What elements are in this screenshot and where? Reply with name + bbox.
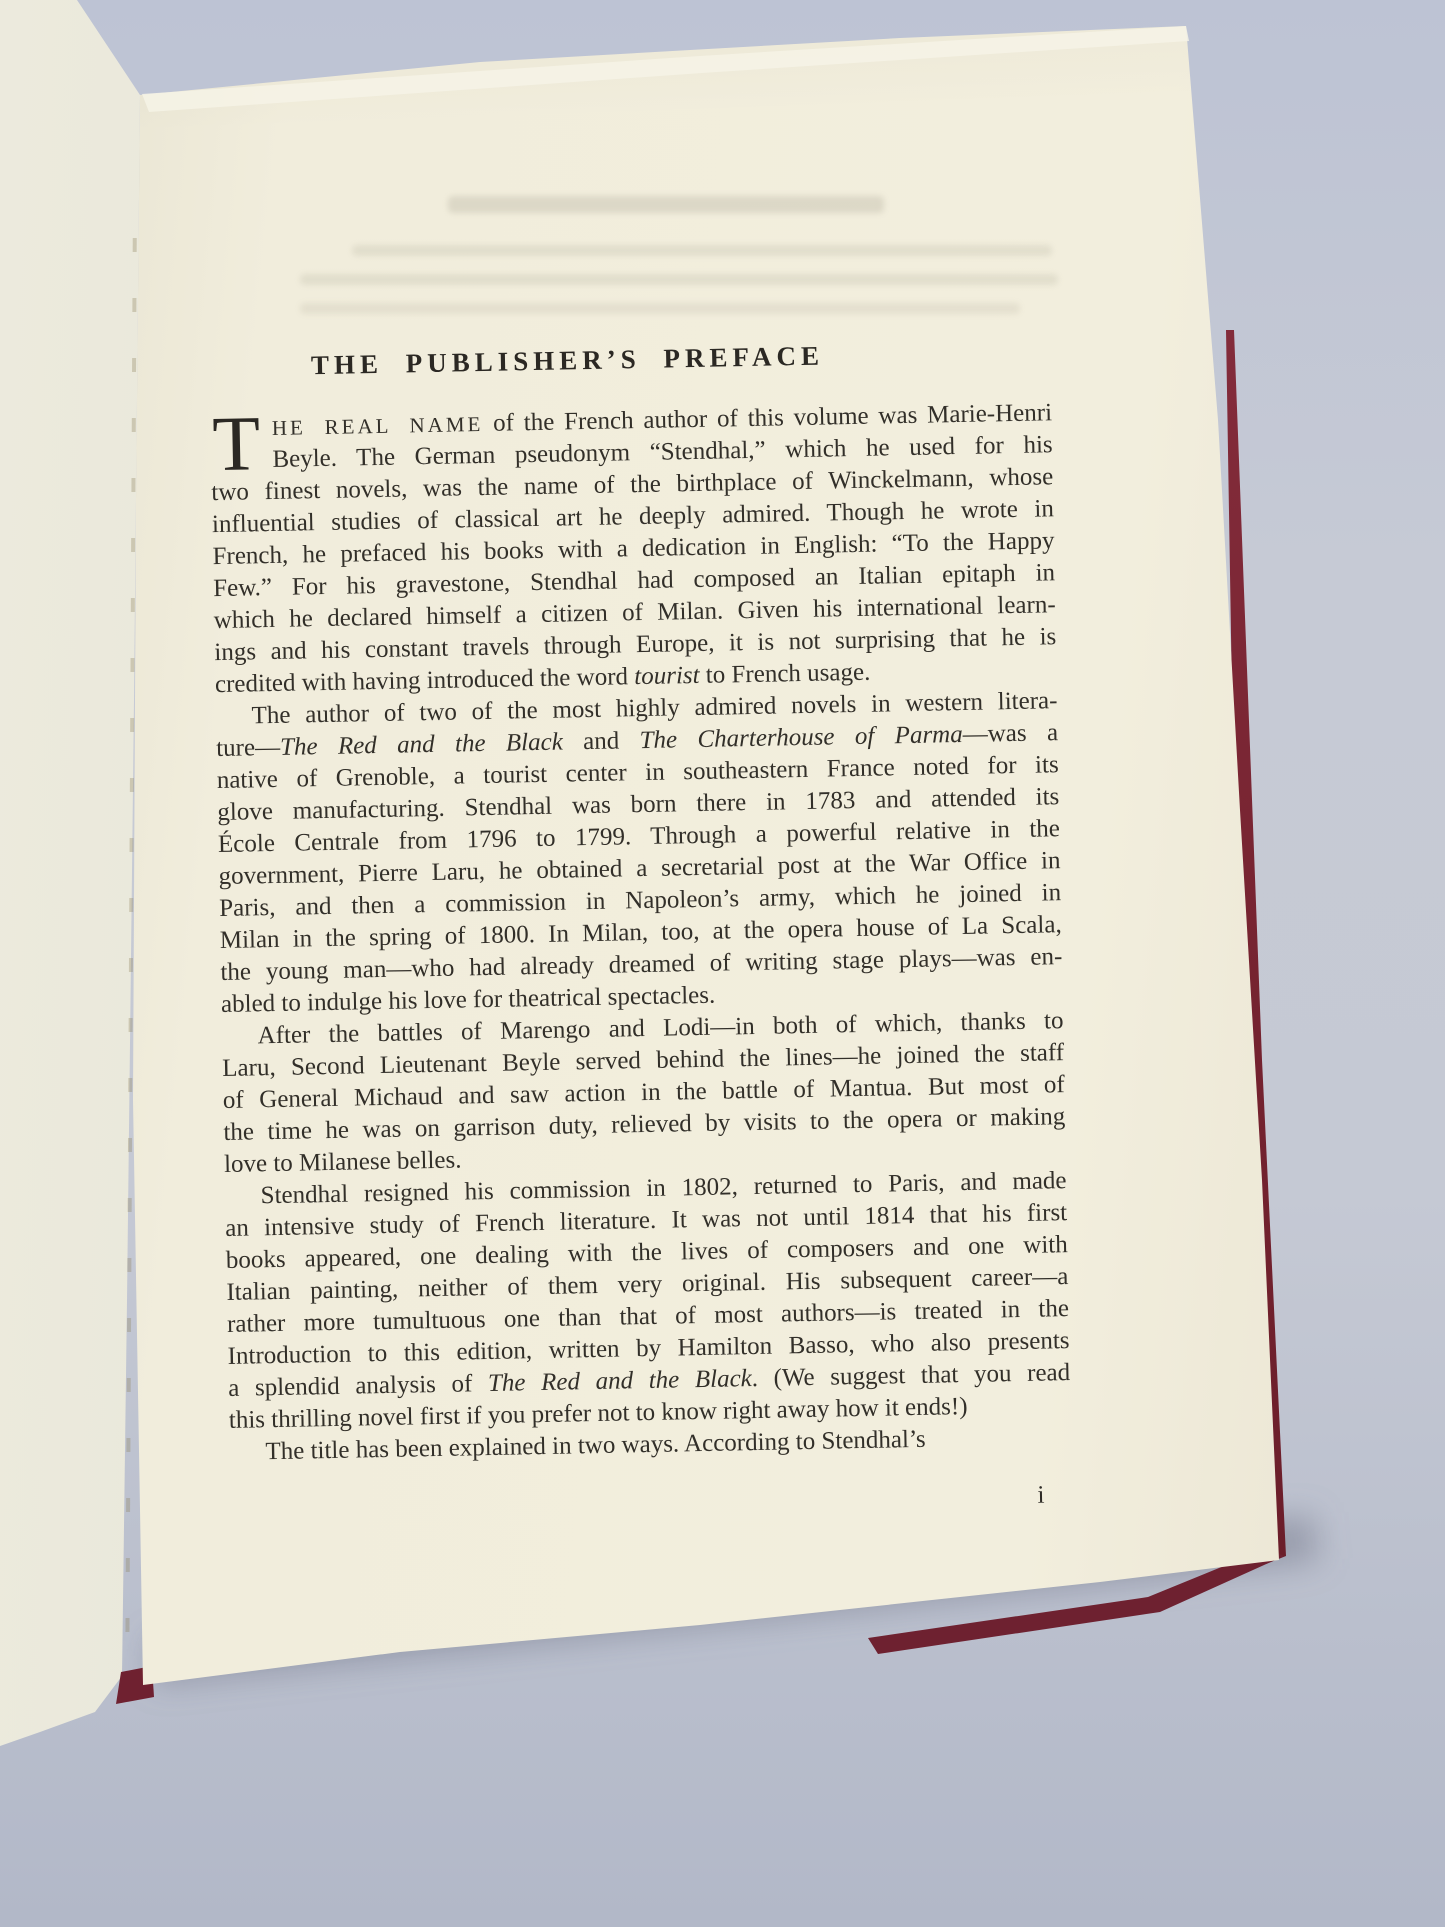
show-through-heading [448,196,884,213]
show-through-line [300,303,1020,314]
paragraph: Stendhal resigned his commission in 1802… [224,1165,1071,1437]
show-through-line [352,245,1052,256]
body-text: THE REAL NAME of the French author of th… [210,397,1072,1469]
paragraph: THE REAL NAME of the French author of th… [210,397,1057,701]
paragraph: The author of two of the most highly adm… [215,685,1063,1021]
book-photo: { "colors": { "background": "#c5c9d4", "… [0,0,1445,1927]
page-content: THE PUBLISHER’S PREFACE THE REAL NAME of… [209,336,1073,1525]
paragraph: After the battles of Marengo and Lodi—in… [221,1005,1066,1181]
show-through-line [300,274,1058,285]
drop-cap: T [210,412,273,475]
